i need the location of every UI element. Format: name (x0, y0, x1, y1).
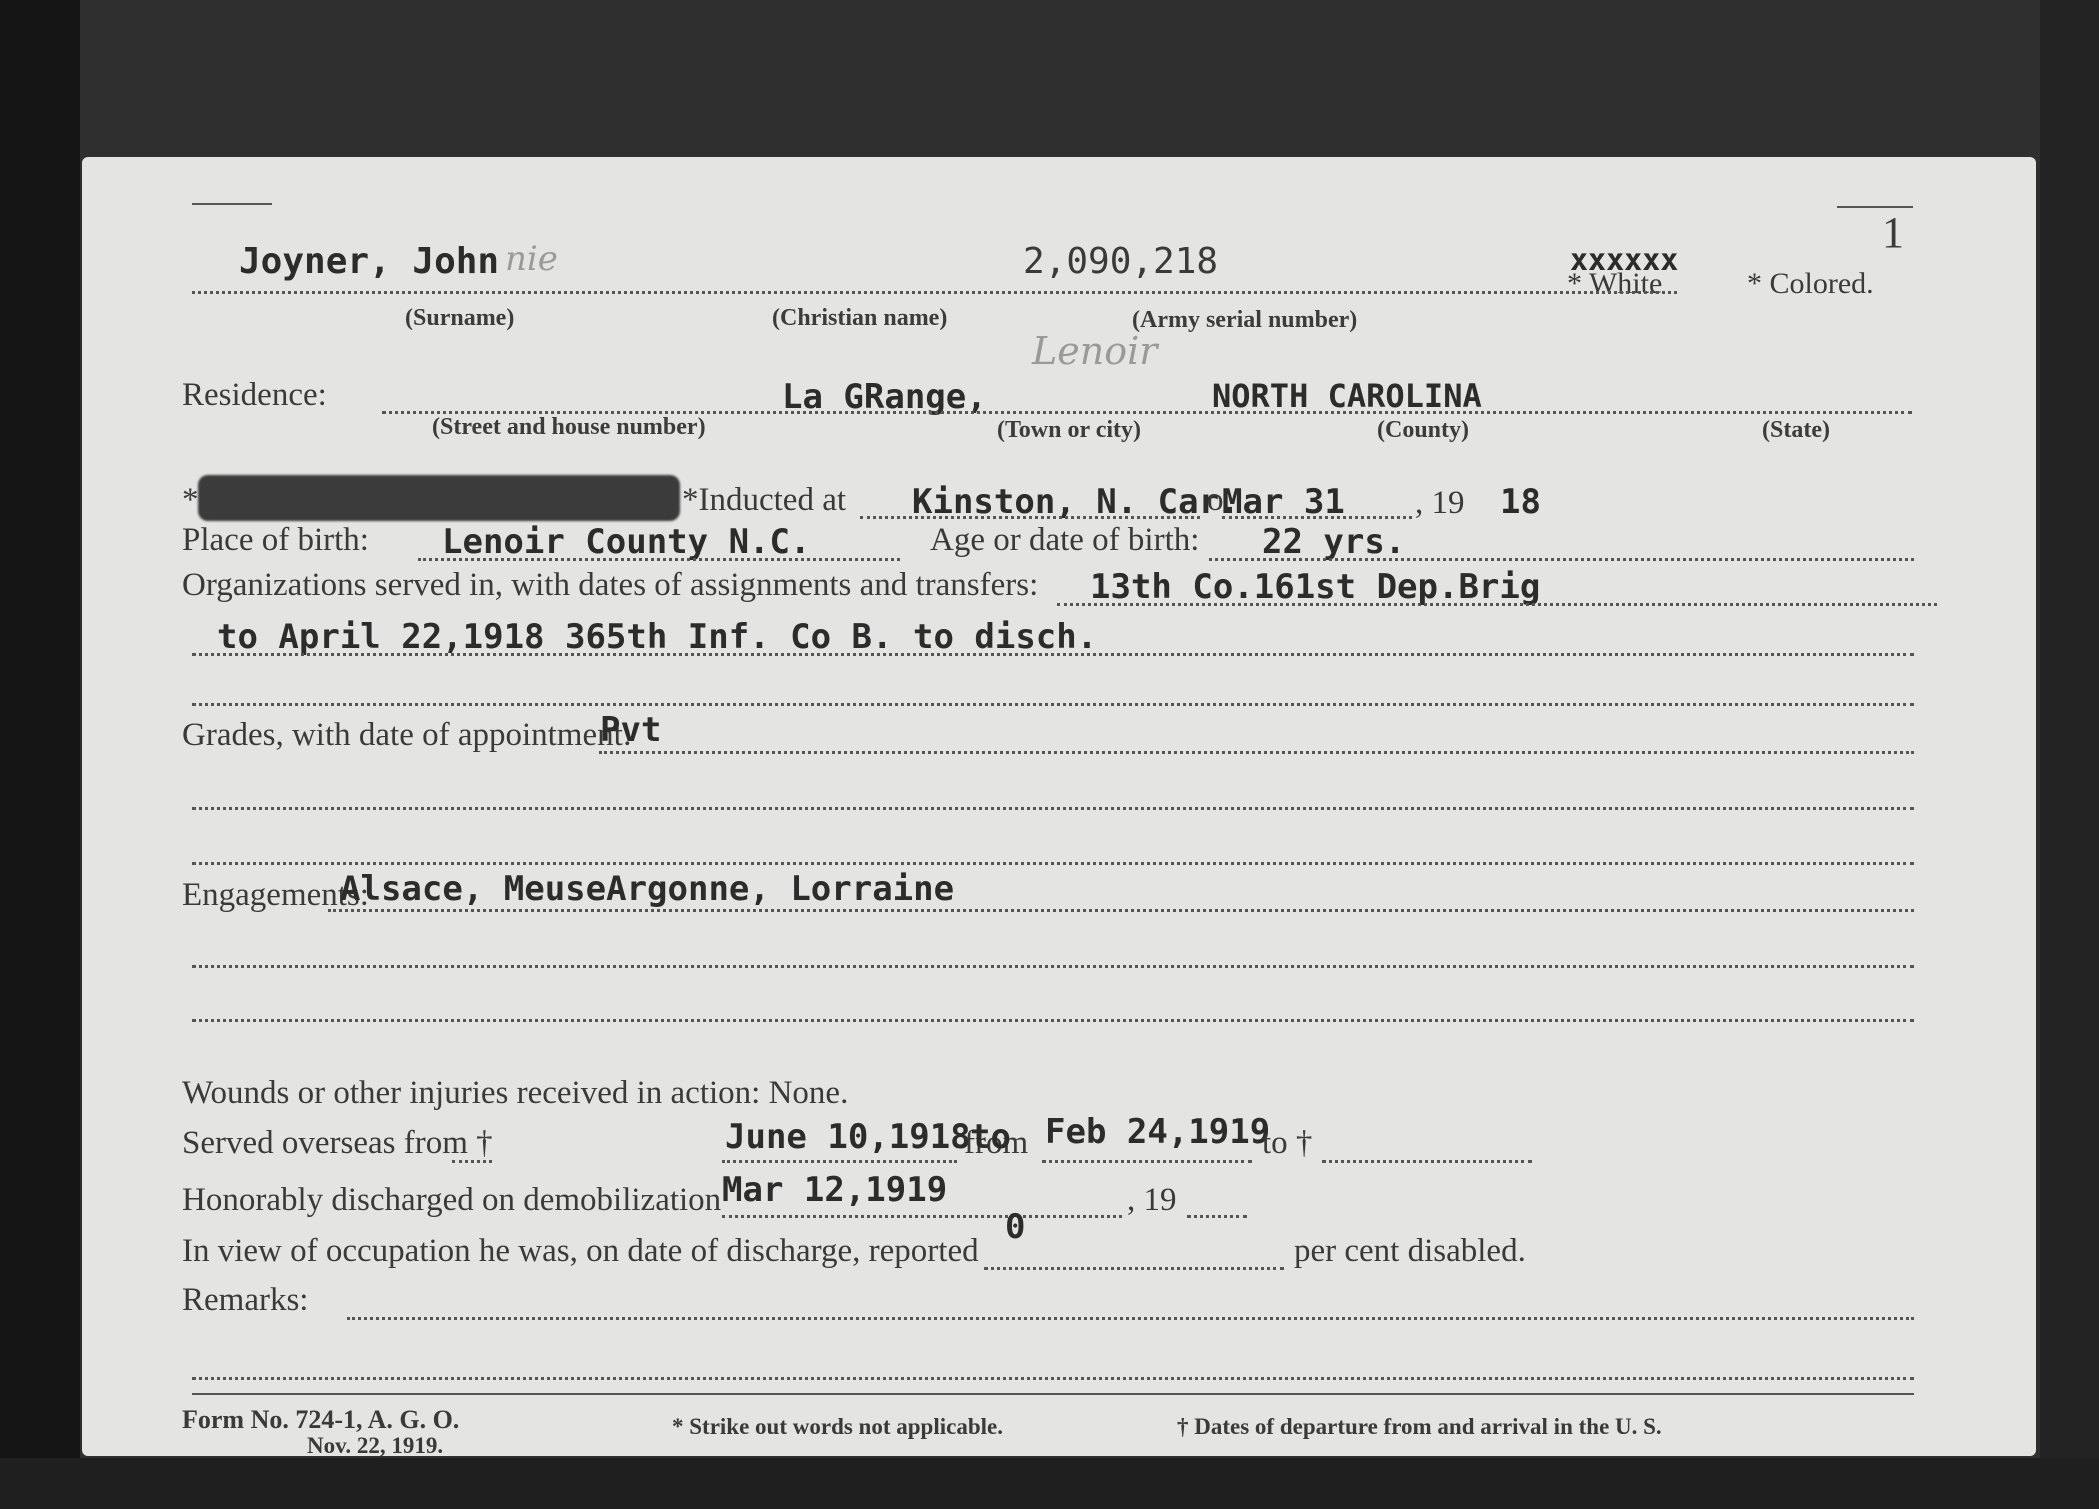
overseas-to-typed: to (970, 1117, 1011, 1157)
scanner-background-bottom (0, 1458, 2099, 1509)
residence-label: Residence: (182, 377, 327, 414)
county-label: (County) (1377, 417, 1469, 444)
grade-value: Pvt (600, 710, 661, 750)
overseas-from-date: June 10,1918 (725, 1117, 971, 1157)
induction-place-line (860, 516, 1200, 519)
form-date: Nov. 22, 1919. (307, 1433, 443, 1459)
induction-year-prefix: , 19 (1415, 485, 1465, 522)
town-label: (Town or city) (997, 417, 1141, 444)
card-page-number: 1 (1882, 207, 1904, 258)
footer-rule (192, 1393, 1914, 1395)
overseas-to-line (1042, 1160, 1252, 1163)
grades-line3 (192, 862, 1914, 865)
name-handwritten-suffix: nie (505, 239, 558, 279)
christian-name-label: (Christian name) (772, 305, 947, 332)
overseas-arrival-line (1322, 1160, 1532, 1163)
redacted-enlistment-options (198, 475, 680, 521)
dagger-note: † Dates of departure from and arrival in… (1177, 1414, 1662, 1440)
name-typed: Joyner, John (239, 241, 499, 282)
remarks-label: Remarks: (182, 1282, 308, 1319)
age-label: Age or date of birth: (930, 522, 1199, 559)
organizations-line1: 13th Co.161st Dep.Brig (1090, 567, 1540, 607)
induction-year-suffix: 18 (1500, 482, 1541, 522)
overseas-from-line (722, 1160, 957, 1163)
organizations-line3-rule (192, 703, 1914, 706)
discharge-label: Honorably discharged on demobilization (182, 1182, 721, 1219)
discharge-year-line (1187, 1215, 1247, 1218)
surname-label: (Surname) (405, 305, 514, 332)
residence-county-handwritten: Lenoir (1032, 329, 1157, 373)
engagements-line3 (192, 1019, 1914, 1022)
state-label: (State) (1762, 417, 1830, 444)
induction-date-line (1222, 516, 1412, 519)
disability-value: 0 (1005, 1207, 1025, 1247)
residence-state: NORTH CAROLINA (1212, 377, 1482, 415)
disability-label: In view of occupation he was, on date of… (182, 1233, 979, 1270)
grades-line2 (192, 807, 1914, 810)
place-of-birth: Lenoir County N.C. (442, 522, 810, 562)
place-of-birth-label: Place of birth: (182, 522, 369, 559)
disability-line (984, 1267, 1284, 1270)
organizations-label: Organizations served in, with dates of a… (182, 567, 1038, 604)
disability-suffix: per cent disabled. (1294, 1233, 1526, 1270)
name-line (192, 291, 1677, 294)
service-record-card: 1 Joyner, John nie 2,090,218 xxxxxx * Wh… (82, 157, 2036, 1456)
race-colored-label: * Colored. (1747, 267, 1874, 301)
grades-line1 (599, 751, 1914, 754)
strike-out-note: * Strike out words not applicable. (672, 1414, 1003, 1440)
remarks-line1 (347, 1317, 1914, 1320)
discharge-year-prefix: , 19 (1127, 1182, 1177, 1219)
organizations-line1-rule (1057, 603, 1937, 606)
age-line (1209, 558, 1914, 561)
overseas-from-blank (452, 1160, 492, 1163)
engagements-line2 (192, 965, 1914, 968)
street-label: (Street and house number) (432, 414, 706, 441)
inducted-at-label: *Inducted at (682, 482, 846, 519)
organizations-line2: to April 22,1918 365th Inf. Co B. to dis… (217, 617, 1097, 657)
serial-number: 2,090,218 (1023, 241, 1218, 282)
overseas-end-label: to † (1262, 1125, 1312, 1162)
grades-label: Grades, with date of appointment: (182, 717, 632, 754)
discharge-date: Mar 12,1919 (722, 1170, 947, 1210)
organizations-line2-rule (192, 653, 1914, 656)
race-white-label: * White (1567, 267, 1662, 301)
discharge-line (722, 1215, 1122, 1218)
top-left-rule (192, 203, 272, 205)
serial-number-label: (Army serial number) (1132, 307, 1357, 334)
place-of-birth-line (418, 558, 900, 561)
scanner-background-left (0, 0, 80, 1509)
remarks-line2 (192, 1377, 1914, 1380)
served-overseas-label: Served overseas from † (182, 1125, 493, 1162)
enlisted-star: * (182, 482, 199, 519)
scanner-background-right (2040, 0, 2099, 1509)
form-number: Form No. 724-1, A. G. O. (182, 1405, 459, 1435)
engagements-line1 (328, 909, 1914, 912)
engagements-value: Alsace, MeuseArgonne, Lorraine (340, 869, 954, 909)
wounds-label: Wounds or other injuries received in act… (182, 1075, 848, 1112)
age-value: 22 yrs. (1262, 522, 1405, 562)
overseas-to-date: Feb 24,1919 (1045, 1112, 1270, 1152)
